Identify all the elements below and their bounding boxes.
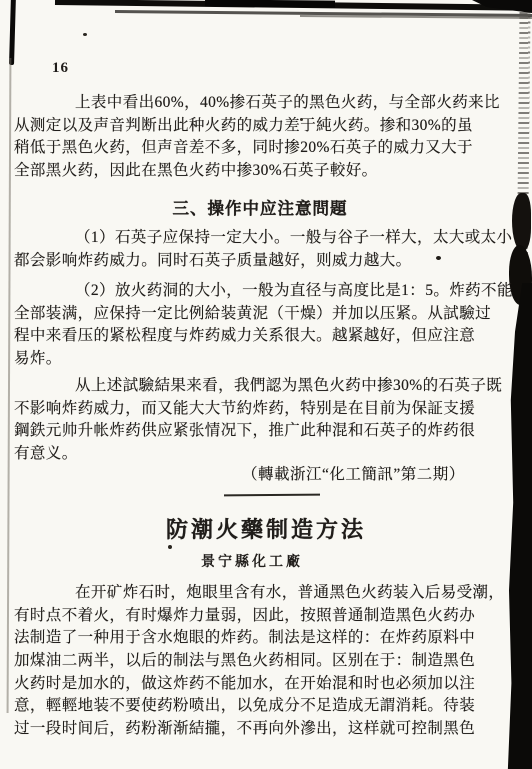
text-line: 易炸。 xyxy=(14,348,476,371)
text-line: 过一段时间后，药粉渐渐結攏，不再向外滲出，这样就可控制黑色 xyxy=(14,718,476,741)
text-line: 稍低于黑色火药，但声音差不多，同时掺20%石英子的威力又大于 xyxy=(14,137,476,160)
scan-artifact-top-band-faint xyxy=(300,15,532,19)
text-line: 上表中看出60%，40%掺石英子的黑色火药，与全部火药来比 xyxy=(14,92,476,115)
page-number: 16 xyxy=(52,60,69,77)
scan-artifact-right-speckle-band xyxy=(516,12,530,302)
scan-artifact-left-edge-line xyxy=(7,58,11,713)
text-line: 在开矿炸石时，炮眼里含有水，普通黑色火药装入后易受潮， xyxy=(14,582,476,605)
paragraph-test-results-summary: 上表中看出60%，40%掺石英子的黑色火药，与全部火药来比从测定以及声音判断出此… xyxy=(14,92,476,182)
text-line: （1）石英子应保持一定大小。一般与谷子一样大，太大或太小 xyxy=(14,227,476,250)
text-line: 意，輕輕地装不要使药粉喷出，以免成分不足造成无謂消耗。待装 xyxy=(14,695,476,718)
article-title-moistureproof-powder: 防潮火藥制造方法 xyxy=(110,513,422,544)
text-line: 全部黑火药，因此在黑色火药中掺30%石英子較好。 xyxy=(14,160,476,183)
scan-artifact-top-band-secondary xyxy=(115,10,532,17)
paragraph-note-2-hole-size: （2）放火药洞的大小，一般为直径与高度比是1：5。炸药不能全部装满，应保持一定比… xyxy=(14,280,476,370)
text-line: 火药时是加水的，做这炸药不能加水，在开始混和时也必须加以注 xyxy=(14,673,476,696)
section-divider-rule xyxy=(224,494,320,497)
scan-artifact-top-chunk xyxy=(205,0,335,8)
text-line: 程中来看压的紧松程度与炸药威力关系很大。越紧越好，但应注意 xyxy=(14,325,476,348)
text-line: 鋼鉄元帅升帐炸药供应紧张情况下，推广此种混和石英子的炸药很 xyxy=(14,420,476,443)
text-line: （2）放火药洞的大小，一般为直径与高度比是1：5。炸药不能 xyxy=(14,280,476,303)
article-byline-factory: 景宁縣化工廠 xyxy=(92,551,412,571)
text-line: 从上述試驗結果来看，我們認为黑色火药中掺30%的石英子既 xyxy=(14,375,476,398)
text-line: 从测定以及声音判断出此种火药的威力差于純火药。掺和30%的虽 xyxy=(14,115,476,138)
scanned-document-page: 16 上表中看出60%，40%掺石英子的黑色火药，与全部火药来比从测定以及声音判… xyxy=(0,0,532,769)
text-line: 法制造了一种用于含水炮眼的炸药。制法是这样的：在炸药原料中 xyxy=(14,627,476,650)
scan-artifact-top-right-chunk xyxy=(472,0,532,13)
scan-artifact-top-band xyxy=(55,0,532,11)
scan-artifact-speck xyxy=(83,33,87,36)
text-line: 都会影响炸药威力。同时石英子质量越好，则威力越大。 xyxy=(14,250,476,273)
source-citation: （轉載浙江“化工簡訊”第二期） xyxy=(242,462,465,484)
scan-artifact-speck xyxy=(168,545,172,549)
text-line: 有时点不着火，有时爆炸力量弱，因此，按照普通制造黑色火药办 xyxy=(14,605,476,628)
paragraph-manufacturing-method: 在开矿炸石时，炮眼里含有水，普通黑色火药装入后易受潮，有时点不着火，有时爆炸力量… xyxy=(14,582,476,741)
text-line: 全部装满，应保持一定比例給装黄泥（干燥）并加以压紧。从試驗过 xyxy=(14,303,476,326)
paragraph-conclusion: 从上述試驗結果来看，我們認为黑色火药中掺30%的石英子既不影响炸药威力，而又能大… xyxy=(14,375,476,465)
paragraph-note-1-quartz-size: （1）石英子应保持一定大小。一般与谷子一样大，太大或太小都会影响炸药威力。同时石… xyxy=(14,227,476,272)
text-line: 不影响炸药威力，而又能大大节約炸药，特别是在目前为保証支援 xyxy=(14,398,476,421)
text-line: 加煤油二两半，以后的制法与黑色火药相同。区别在于：制造黑色 xyxy=(14,650,476,673)
section-heading-operation-notes: 三、操作中应注意問題 xyxy=(60,195,460,219)
scan-artifact-left-corner-stroke xyxy=(9,0,16,65)
scan-artifact-binding-shadow-bar xyxy=(503,283,532,769)
scan-artifact-right-ink-blob xyxy=(512,193,531,251)
